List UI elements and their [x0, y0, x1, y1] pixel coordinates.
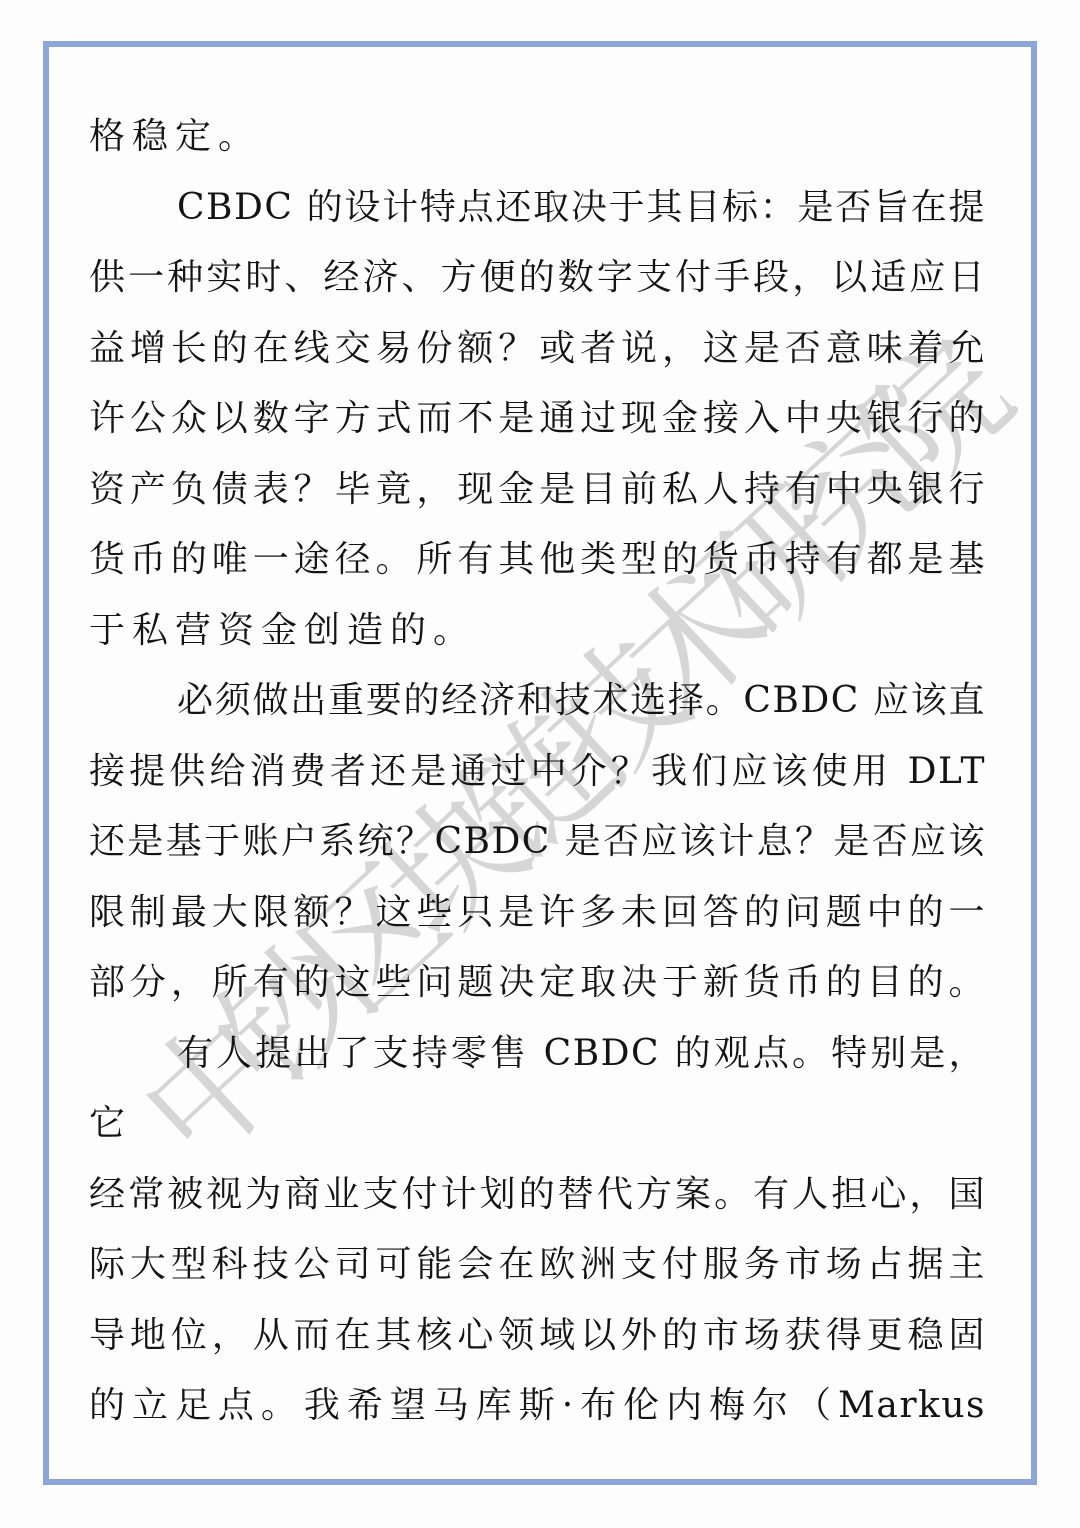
text-line: 限制最大限额？这些只是许多未回答的问题中的一 — [89, 878, 986, 949]
document-text: 格稳定。 CBDC 的设计特点还取决于其目标：是否旨在提 供一种实时、经济、方便… — [89, 102, 986, 1442]
text-line: 经常被视为商业支付计划的替代方案。有人担心，国 — [89, 1160, 986, 1231]
text-line: 益增长的在线交易份额？或者说，这是否意味着允 — [89, 314, 986, 385]
document-page: 中钞区块链技术研究院 格稳定。 CBDC 的设计特点还取决于其目标：是否旨在提 … — [0, 0, 1080, 1528]
text-line: 有人提出了支持零售 CBDC 的观点。特别是，它 — [89, 1019, 986, 1160]
text-line: 于私营资金创造的。 — [89, 596, 986, 667]
text-line: 资产负债表？毕竟，现金是目前私人持有中央银行 — [89, 455, 986, 526]
text-line: 的立足点。我希望马库斯·布伦内梅尔（Markus — [89, 1371, 986, 1442]
text-line: CBDC 的设计特点还取决于其目标：是否旨在提 — [89, 173, 986, 244]
text-line: 格稳定。 — [89, 102, 986, 173]
text-line: 接提供给消费者还是通过中介？我们应该使用 DLT — [89, 737, 986, 808]
text-line: 货币的唯一途径。所有其他类型的货币持有都是基 — [89, 525, 986, 596]
text-line: 供一种实时、经济、方便的数字支付手段，以适应日 — [89, 243, 986, 314]
text-line: 必须做出重要的经济和技术选择。CBDC 应该直 — [89, 666, 986, 737]
text-line: 导地位，从而在其核心领域以外的市场获得更稳固 — [89, 1301, 986, 1372]
text-line: 际大型科技公司可能会在欧洲支付服务市场占据主 — [89, 1230, 986, 1301]
text-line: 还是基于账户系统？CBDC 是否应该计息？是否应该 — [89, 807, 986, 878]
text-line: 许公众以数字方式而不是通过现金接入中央银行的 — [89, 384, 986, 455]
text-line: 部分，所有的这些问题决定取决于新货币的目的。 — [89, 948, 986, 1019]
